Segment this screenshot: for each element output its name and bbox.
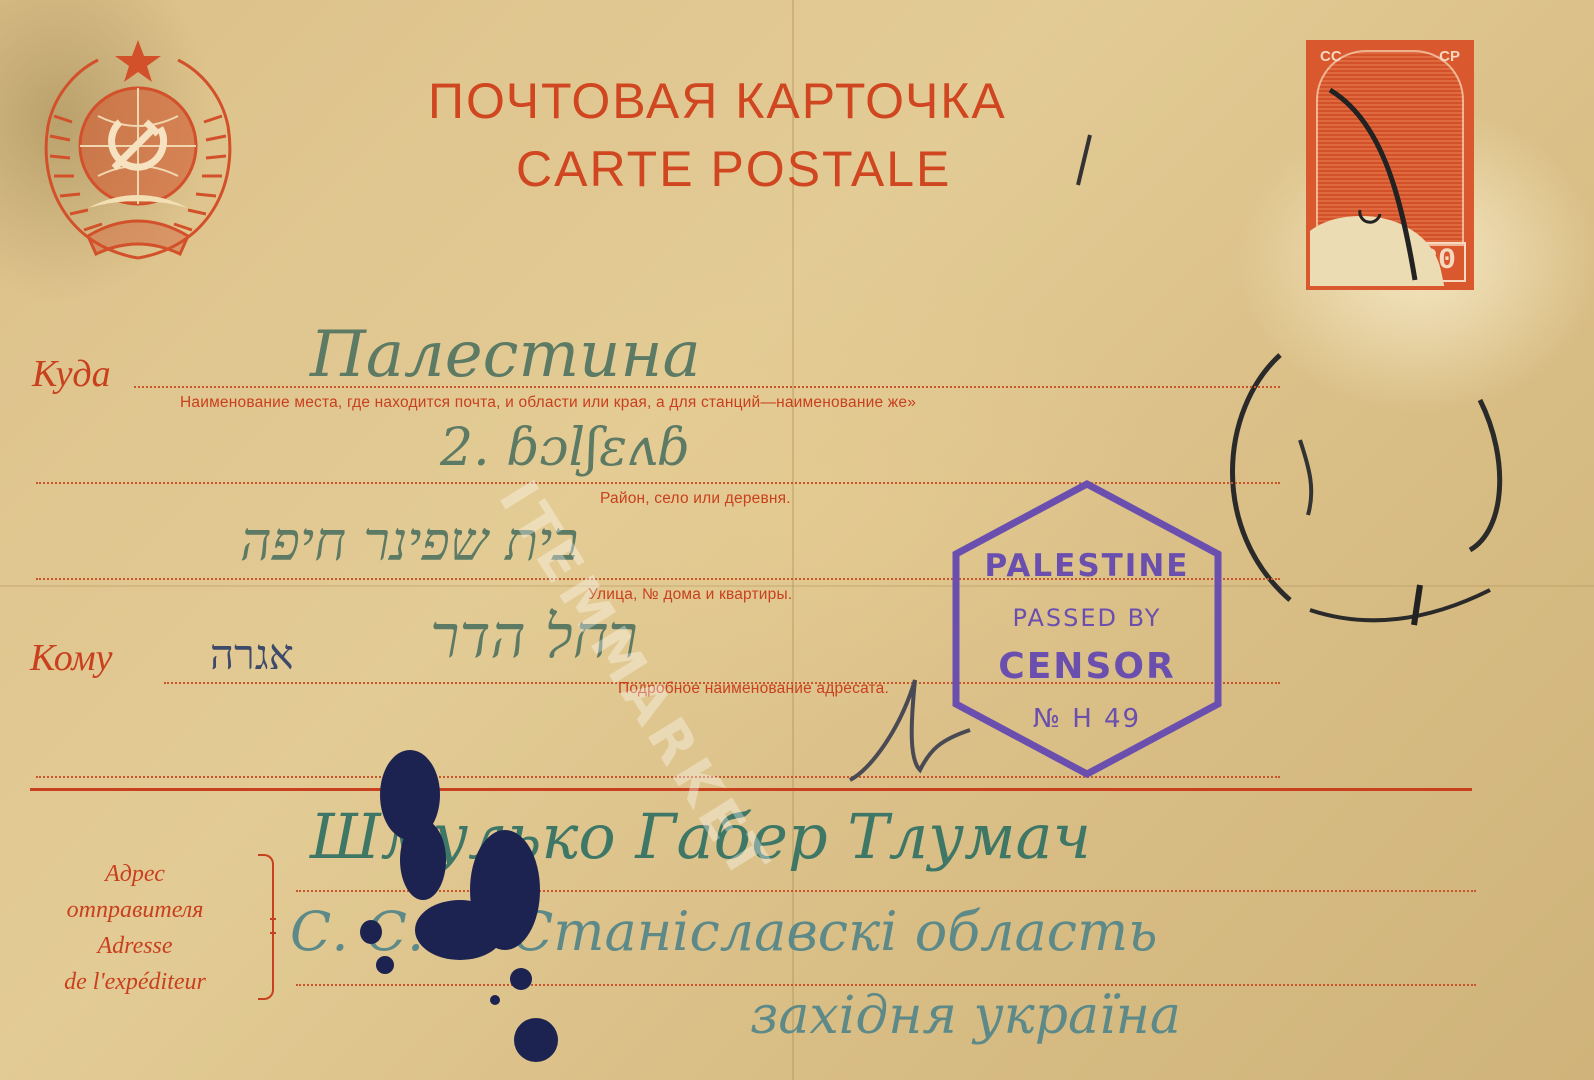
postal-card: ПОЧТОВАЯ КАРТОЧКА CARTE POSTALE СС СР 20… xyxy=(0,0,1594,1080)
hint-district: Район, село или деревня. xyxy=(600,490,791,508)
line-to-where xyxy=(134,386,1280,388)
hint-to-where: Наименование места, где находится почта,… xyxy=(180,394,916,412)
handwriting-destination: Палестина xyxy=(310,318,701,392)
handwriting-district: 2. ɓɔlʃɛʌɓ xyxy=(440,418,690,478)
censor-line-passed-by: PASSED BY xyxy=(946,604,1228,632)
censor-line-palestine: PALESTINE xyxy=(946,548,1228,584)
stamp-corner-left: СС xyxy=(1320,48,1342,65)
ussr-coat-of-arms-icon xyxy=(28,36,248,268)
field-label-to-where: Куда xyxy=(32,352,111,396)
stamp-corner-right: СР xyxy=(1439,48,1460,65)
pen-stroke-icon xyxy=(1070,130,1100,190)
handwriting-fee-note: אגרה xyxy=(210,630,294,680)
divider-sender xyxy=(30,788,1472,791)
censor-line-number: № H 49 xyxy=(946,704,1228,734)
postmark-icon xyxy=(1190,300,1550,630)
title-french: CARTE POSTALE xyxy=(516,140,1016,198)
sender-label-line: Адрес xyxy=(20,856,250,892)
sender-label-line: de l'expéditeur xyxy=(20,964,250,1000)
cancellation-mark-icon xyxy=(1320,70,1440,310)
sender-label-line: отправителя xyxy=(20,892,250,928)
sender-label-line: Adresse xyxy=(20,928,250,964)
sender-brace-tip xyxy=(270,918,276,934)
sender-label: Адрес отправителя Adresse de l'expéditeu… xyxy=(20,856,250,1000)
title-russian: ПОЧТОВАЯ КАРТОЧКА xyxy=(428,72,1118,130)
censor-line-censor: CENSOR xyxy=(946,646,1228,687)
field-label-to-whom: Кому xyxy=(30,636,112,680)
handwriting-sender-country: західня україна xyxy=(750,986,1181,1046)
